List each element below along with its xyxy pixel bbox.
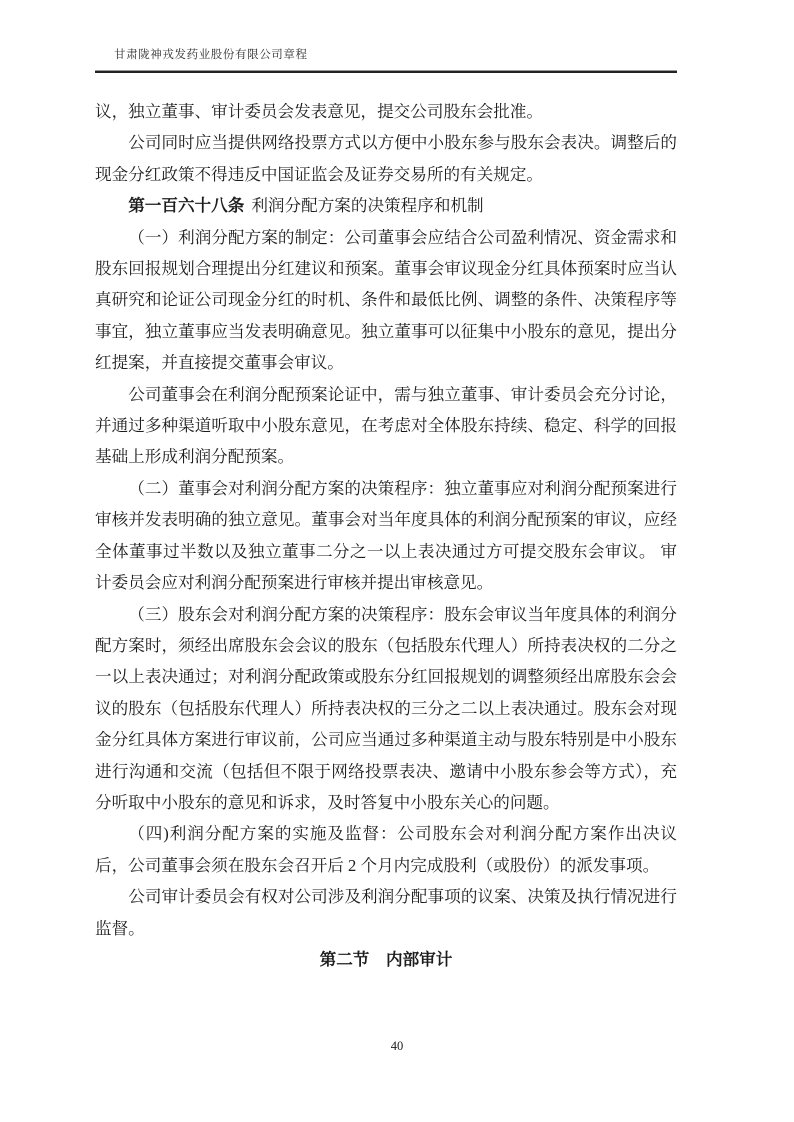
paragraph-board-discussion: 公司董事会在利润分配预案论证中，需与独立董事、审计委员会充分讨论，并通过多种渠道… <box>95 379 677 473</box>
paragraph-item-one: （一）利润分配方案的制定：公司董事会应结合公司盈利情况、资金需求和股东回报规划合… <box>95 222 677 379</box>
page-header-title: 甘肃陇神戎发药业股份有限公司章程 <box>114 46 697 62</box>
paragraph-continuation: 议，独立董事、审计委员会发表意见，提交公司股东会批准。 <box>95 96 677 127</box>
header-rule-dark-line <box>95 71 677 73</box>
paragraph-item-two: （二）董事会对利润分配方案的决策程序：独立董事应对利润分配预案进行审核并发表明确… <box>95 473 677 599</box>
document-page: 甘肃陇神戎发药业股份有限公司章程 议，独立董事、审计委员会发表意见，提交公司股东… <box>0 0 794 1122</box>
page-number: 40 <box>0 1039 794 1054</box>
document-body: 议，独立董事、审计委员会发表意见，提交公司股东会批准。 公司同时应当提供网络投票… <box>95 96 677 975</box>
paragraph-audit-supervision: 公司审计委员会有权对公司涉及利润分配事项的议案、决策及执行情况进行监督。 <box>95 881 677 944</box>
paragraph-network-voting: 公司同时应当提供网络投票方式以方便中小股东参与股东会表决。调整后的现金分红政策不… <box>95 127 677 190</box>
paragraph-item-four: （四)利润分配方案的实施及监督：公司股东会对利润分配方案作出决议后，公司董事会须… <box>95 818 677 881</box>
header-rule <box>95 70 677 73</box>
paragraph-item-three: （三）股东会对利润分配方案的决策程序：股东会审议当年度具体的利润分配方案时，须经… <box>95 599 677 819</box>
article-title: 利润分配方案的决策程序和机制 <box>251 196 483 215</box>
article-number: 第一百六十八条 <box>128 196 244 215</box>
article-heading: 第一百六十八条利润分配方案的决策程序和机制 <box>95 190 677 221</box>
section-heading: 第二节 内部审计 <box>95 944 677 975</box>
